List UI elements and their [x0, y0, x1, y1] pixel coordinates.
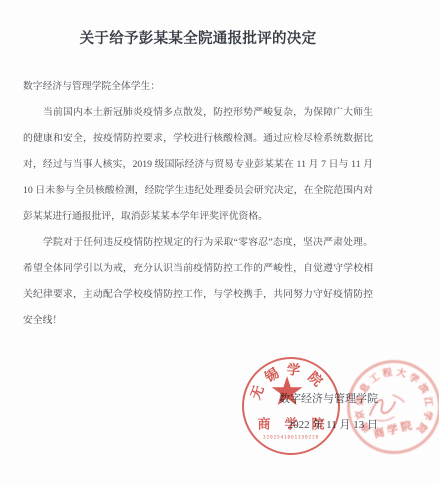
document-title: 关于给予彭某某全院通报批评的决定: [23, 27, 373, 48]
seal-arc-char: 程: [382, 369, 393, 380]
seal-arc-char: 江: [421, 396, 432, 407]
seal-arc-char: 学: [406, 373, 419, 386]
seal-arc-char: 工: [369, 373, 382, 386]
paragraph-2: 学院对于任何违反疫情防控规定的行为采取“零容忍”态度，坚决严肃处理。希望全体同学…: [23, 230, 373, 334]
seal-arc-char: 院: [306, 370, 325, 389]
seal-arc-char: 滨: [415, 383, 428, 396]
document-page: 关于给予彭某某全院通报批评的决定 数字经济与管理学院全体学生： 当前国内本土新冠…: [0, 0, 439, 486]
paragraph-1: 当前国内本土新冠肺炎疫情多点散发，防控形势严峻复杂，为保障广大师生的健康和安全，…: [23, 100, 373, 230]
document-body: 数字经济与管理学院全体学生： 当前国内本土新冠肺炎疫情多点散发，防控形势严峻复杂…: [23, 74, 373, 334]
official-seal-secondary: 南京信息工程大学滨江学院 商学院: [347, 360, 439, 454]
seal-arc-char: 大: [395, 369, 406, 380]
seal-primary-serial: 3202541061150228: [263, 436, 319, 441]
seal-arc-char: 学: [420, 409, 432, 421]
seal-arc-char: 无: [249, 384, 267, 402]
official-seal-primary: ★ 无锡学院 商学院 3202541061150228: [242, 357, 340, 455]
seal-primary-bottom-text: 商学院: [257, 414, 338, 433]
seal-arc-char: 学: [286, 363, 300, 377]
salutation: 数字经济与管理学院全体学生：: [23, 74, 373, 100]
